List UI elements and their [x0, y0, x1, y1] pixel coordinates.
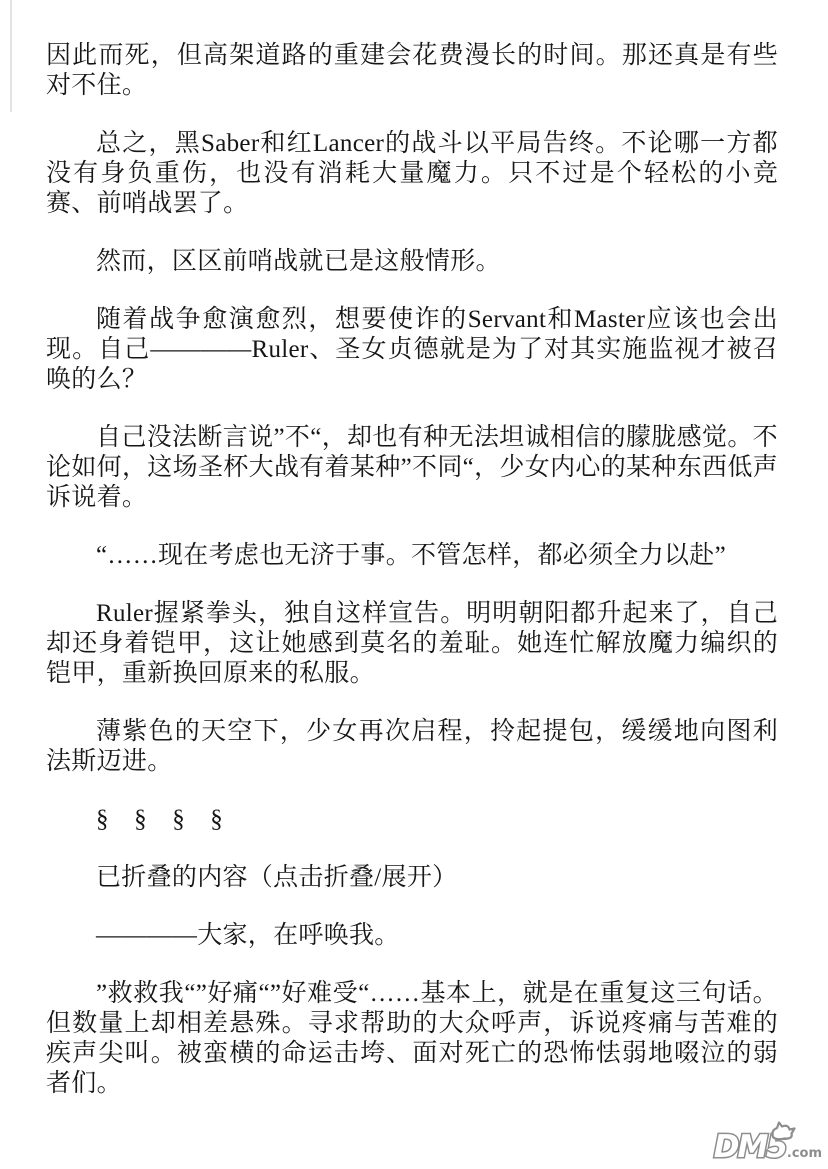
dash-line: ————大家，在呼唤我。: [46, 921, 778, 951]
paragraph-4: 随着战争愈演愈烈，想要使诈的Servant和Master应该也会出现。自己———…: [46, 305, 778, 395]
paragraph-6: “……现在考虑也无济于事。不管怎样，都必须全力以赴”: [46, 541, 778, 571]
paragraph-2: 总之，黑Saber和红Lancer的战斗以平局告终。不论哪一方都没有身负重伤，也…: [46, 129, 778, 219]
paragraph-3: 然而，区区前哨战就已是这般情形。: [46, 247, 778, 277]
paragraph-7: Ruler握紧拳头，独自这样宣告。明明朝阳都升起来了，自己却还身着铠甲，这让她感…: [46, 599, 778, 689]
paragraph-8: 薄紫色的天空下，少女再次启程，拎起提包，缓缓地向图利法斯迈进。: [46, 717, 778, 777]
paragraph-1: 因此而死，但高架道路的重建会花费漫长的时间。那还真是有些对不住。: [46, 41, 778, 101]
dm5-logo-suffix: .com: [787, 1147, 822, 1160]
collapse-toggle[interactable]: 已折叠的内容（点击折叠/展开）: [46, 863, 778, 893]
section-break: § § § §: [46, 805, 778, 835]
paragraph-12: ”救救我“”好痛“”好难受“……基本上，就是在重复这三句话。但数量上却相差悬殊。…: [46, 979, 778, 1099]
paragraph-5: 自己没法断言说”不“，却也有种无法坦诚相信的朦胧感觉。不论如何，这场圣杯大战有着…: [46, 423, 778, 513]
dm5-mascot-icon: [770, 1121, 796, 1141]
novel-page: 因此而死，但高架道路的重建会花费漫长的时间。那还真是有些对不住。 总之，黑Sab…: [0, 0, 828, 1127]
dm5-watermark: DM5 .com: [714, 1134, 822, 1160]
